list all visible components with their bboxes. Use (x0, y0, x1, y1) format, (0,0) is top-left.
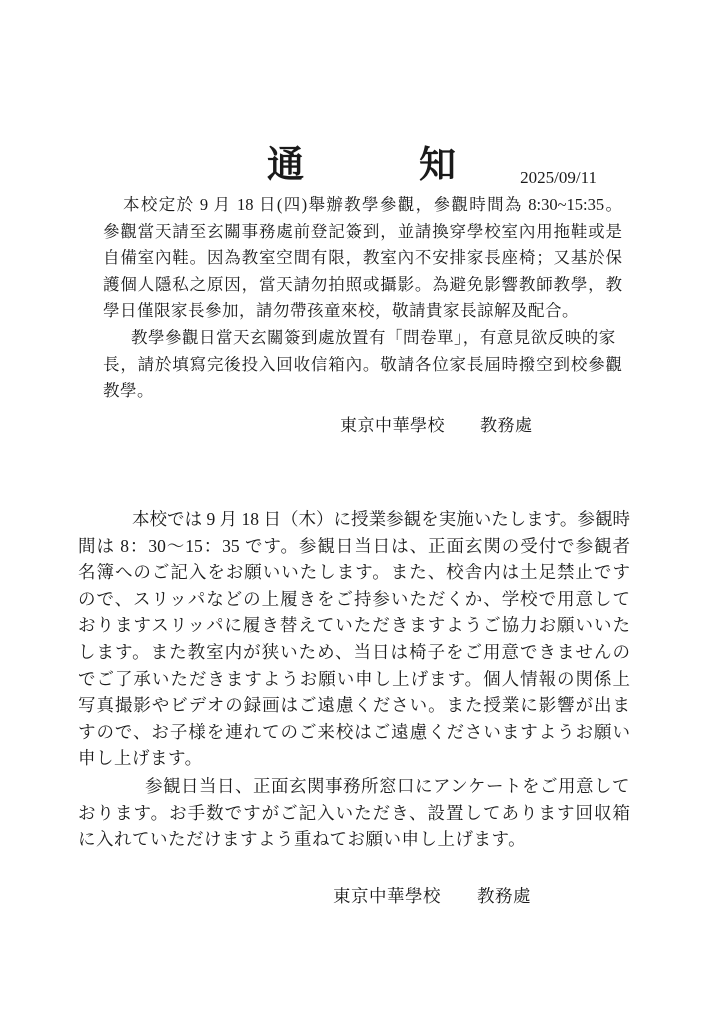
text-line: 長，請於填寫完後投入回收信箱內。敬請各位家長屆時撥空到校參觀 (103, 352, 622, 379)
notice-date: 2025/09/11 (0, 167, 597, 189)
cn-paragraph-2: 教學參觀日當天玄關簽到處放置有「問卷單」，有意見欲反映的家 長，請於填寫完後投入… (103, 325, 622, 405)
text-line: 教學。 (103, 378, 622, 405)
text-line: に入れていただけますよう重ねてお願い申し上げます。 (78, 826, 630, 853)
text-line: すので、お子様を連れてのご来校はご遠慮くださいますようお願い (78, 719, 630, 746)
text-line: 護個人隱私之原因，當天請勿拍照或攝影。為避免影響教師教學，教 (103, 272, 622, 299)
text-line: 本校では 9 月 18 日（木）に授業参観を実施いたします。参観時 (78, 506, 630, 533)
text-line: でご了承いただきますようお願い申し上げます。個人情報の関係上 (78, 666, 630, 693)
text-line: します。また教室内が狭いため、当日は椅子をご用意できませんの (78, 639, 630, 666)
text-line: 申し上げます。 (78, 745, 630, 772)
jp-paragraph-2: 参観日当日、正面玄関事務所窓口にアンケートをご用意して おります。お手数ですがご… (78, 773, 630, 853)
cn-signature: 東京中華學校 教務處 (340, 413, 533, 439)
text-line: 名簿へのご記入をお願いいたします。また、校舎内は土足禁止です (78, 559, 630, 586)
text-line: おります。お手数ですがご記入いただき、設置してあります回収箱 (78, 800, 630, 827)
notice-document: 通 知 2025/09/11 本校定於 9 月 18 日(四)舉辦教學參觀，參觀… (0, 0, 724, 1024)
text-line: 写真撮影やビデオの録画はご遠慮ください。また授業に影響が出ま (78, 692, 630, 719)
text-line: 参観日当日、正面玄関事務所窓口にアンケートをご用意して (78, 773, 630, 800)
text-line: 間は 8：30～15：35 です。参観日当日は、正面玄関の受付で参観者 (78, 533, 630, 560)
text-line: 參觀當天請至玄關事務處前登記簽到，並請換穿學校室內用拖鞋或是 (103, 219, 622, 246)
jp-signature: 東京中華學校 教務處 (333, 883, 531, 909)
text-line: 教學參觀日當天玄關簽到處放置有「問卷單」，有意見欲反映的家 (103, 325, 622, 352)
cn-paragraph-1: 本校定於 9 月 18 日(四)舉辦教學參觀，參觀時間為 8:30~15:35。… (103, 192, 622, 325)
jp-paragraph-1: 本校では 9 月 18 日（木）に授業参観を実施いたします。参観時 間は 8：3… (78, 506, 630, 772)
text-line: ので、スリッパなどの上履きをご持参いただくか、学校で用意して (78, 586, 630, 613)
text-line: 本校定於 9 月 18 日(四)舉辦教學參觀，參觀時間為 8:30~15:35。 (103, 192, 622, 219)
text-line: 自備室內鞋。因為教室空間有限，教室內不安排家長座椅；又基於保 (103, 245, 622, 272)
text-line: おりますスリッパに履き替えていただきますようご協力お願いいた (78, 612, 630, 639)
text-line: 學日僅限家長參加，請勿帶孩童來校，敬請貴家長諒解及配合。 (103, 298, 622, 325)
